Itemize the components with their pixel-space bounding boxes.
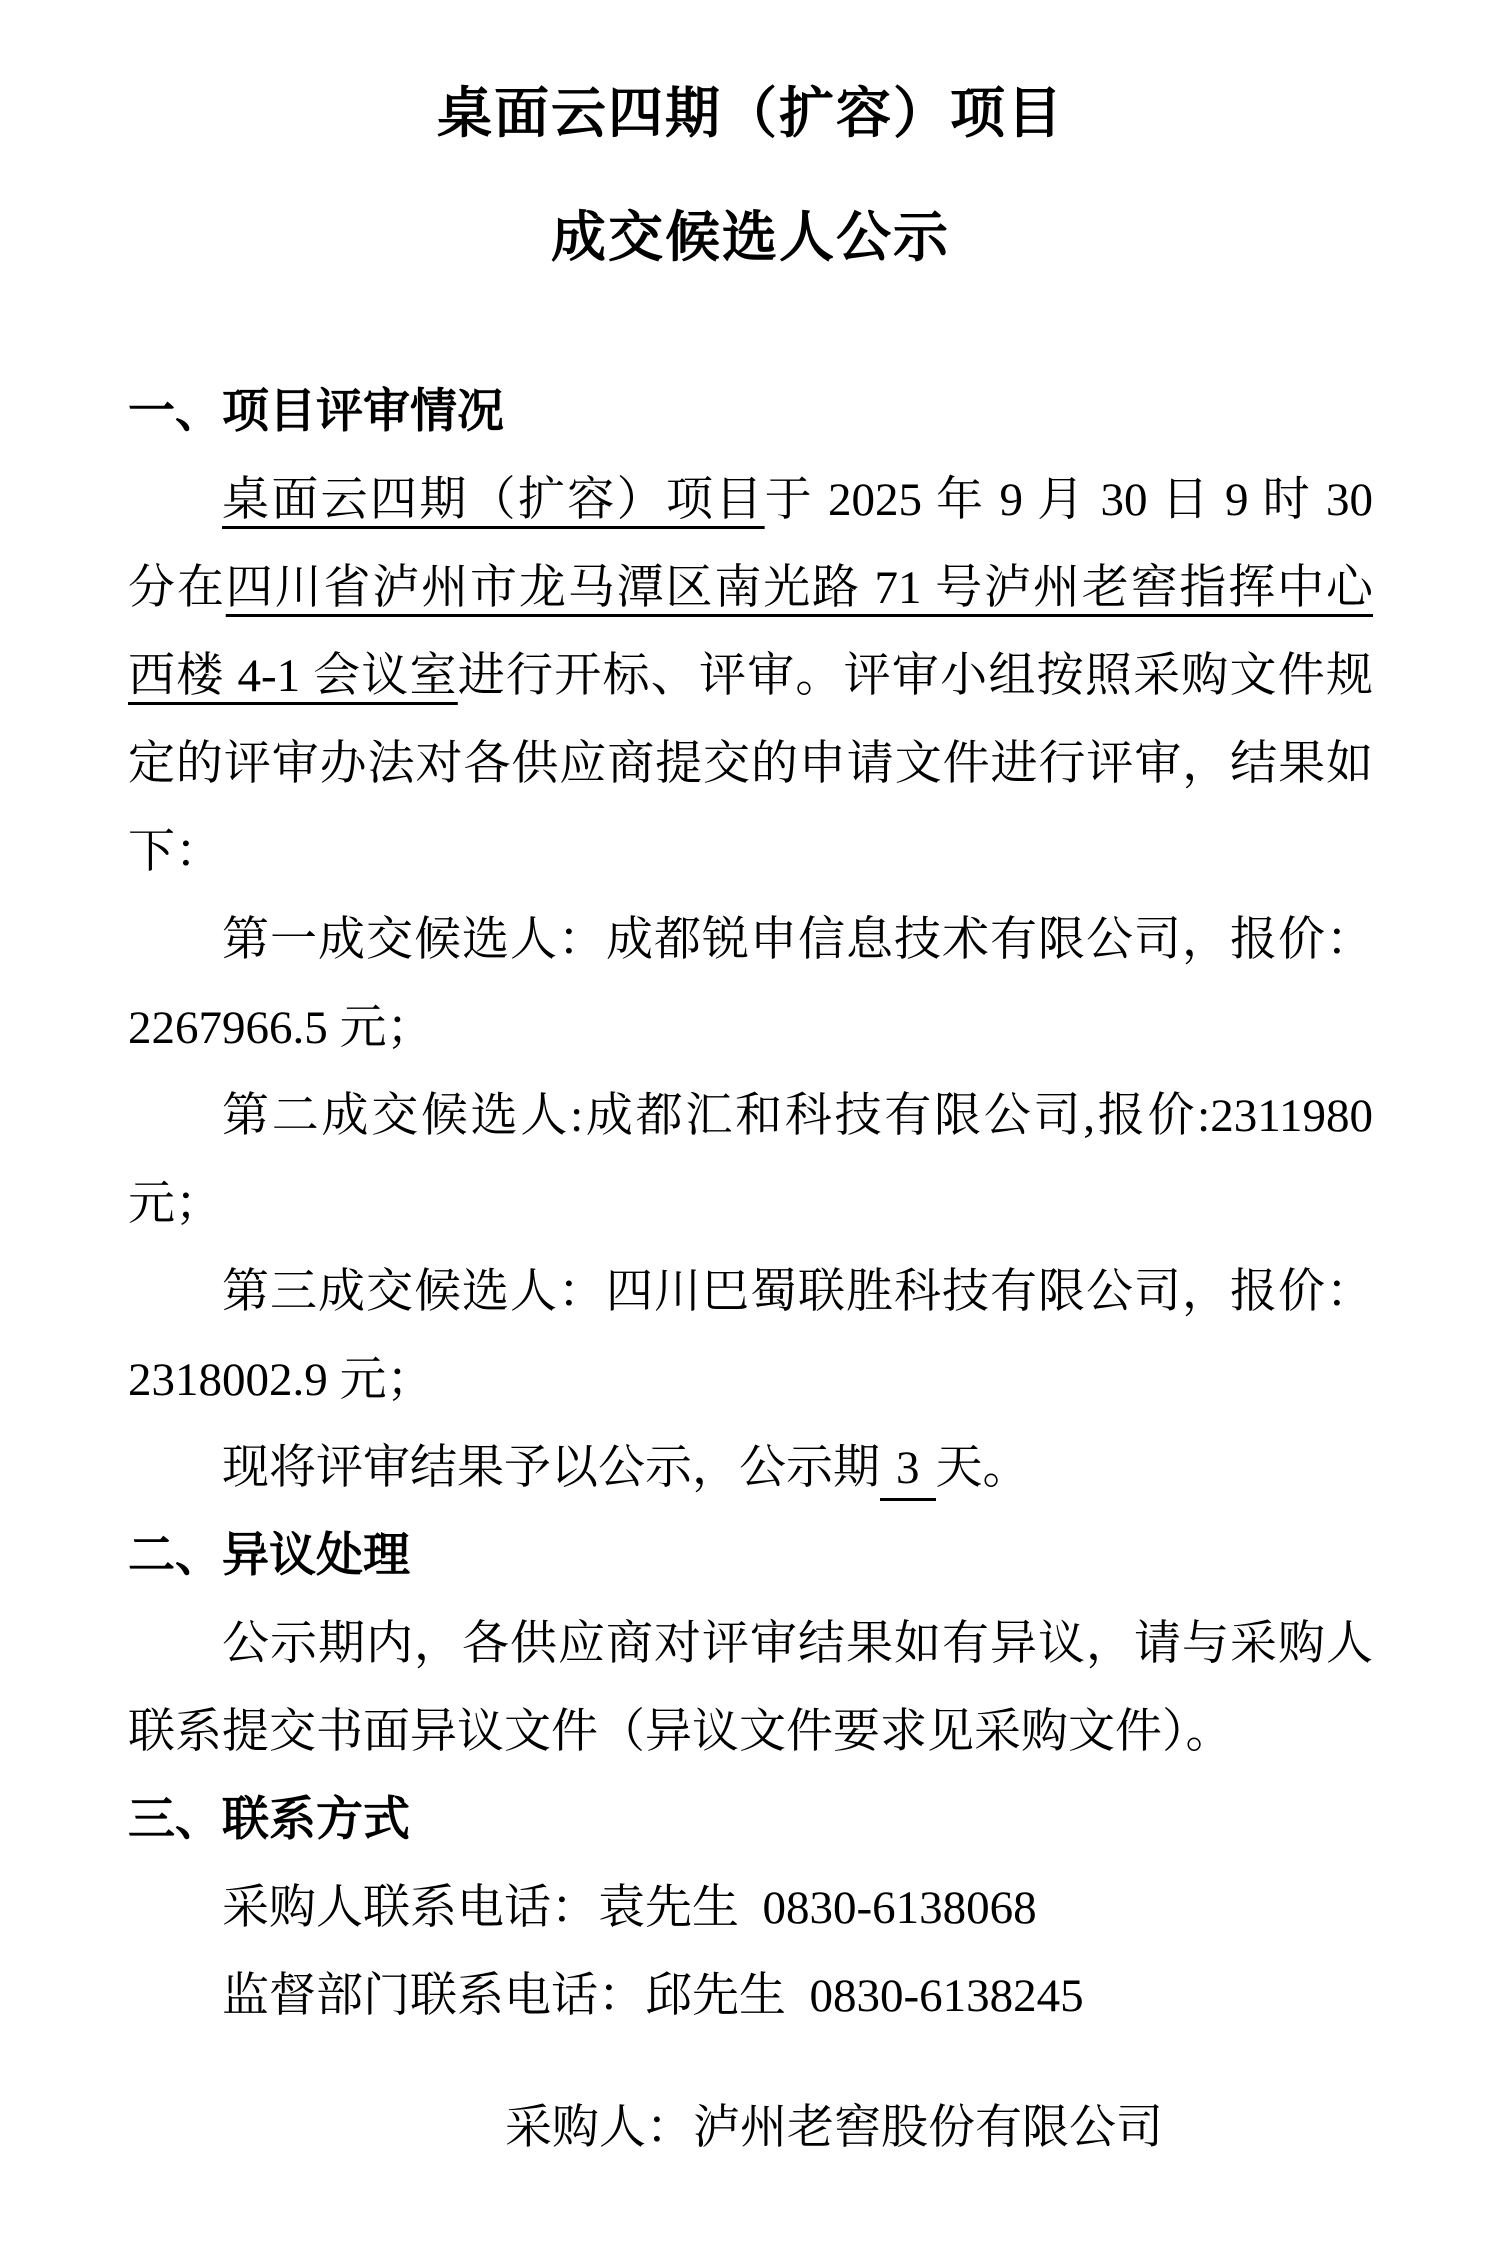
document-title: 桌面云四期（扩容）项目	[128, 52, 1373, 176]
document-body: 一、项目评审情况 桌面云四期（扩容）项目于 2025 年 9 月 30 日 9 …	[128, 368, 1373, 2172]
project-name-underlined: 桌面云四期（扩容）项目	[222, 474, 765, 526]
section-3-heading: 三、联系方式	[128, 1776, 1373, 1864]
publicity-before-text: 现将评审结果予以公示，公示期	[222, 1442, 880, 1494]
objection-paragraph: 公示期内，各供应商对评审结果如有异议，请与采购人联系提交书面异议文件（异议文件要…	[128, 1600, 1373, 1776]
candidate-1-line: 第一成交候选人：成都锐申信息技术有限公司，报价：2267966.5 元；	[128, 896, 1373, 1072]
document-title-block: 桌面云四期（扩容）项目 成交候选人公示	[128, 52, 1373, 300]
document-subtitle: 成交候选人公示	[128, 176, 1373, 300]
supervisor-phone-line: 监督部门联系电话：邱先生 0830-6138245	[128, 1952, 1373, 2040]
section-2-heading: 二、异议处理	[128, 1512, 1373, 1600]
publicity-after-text: 天。	[936, 1442, 1030, 1494]
purchaser-signature: 采购人：泸州老窖股份有限公司	[128, 2084, 1373, 2172]
publicity-period-line: 现将评审结果予以公示，公示期3天。	[128, 1424, 1373, 1512]
announcement-document: 桌面云四期（扩容）项目 成交候选人公示 一、项目评审情况 桌面云四期（扩容）项目…	[0, 0, 1500, 2246]
buyer-phone-line: 采购人联系电话：袁先生 0830-6138068	[128, 1864, 1373, 1952]
candidate-2-line: 第二成交候选人:成都汇和科技有限公司,报价:2311980 元；	[128, 1072, 1373, 1248]
publicity-days-value: 3	[880, 1442, 936, 1501]
section-1-heading: 一、项目评审情况	[128, 368, 1373, 456]
project-review-paragraph: 桌面云四期（扩容）项目于 2025 年 9 月 30 日 9 时 30 分在四川…	[128, 456, 1373, 896]
candidate-3-line: 第三成交候选人：四川巴蜀联胜科技有限公司，报价：2318002.9 元；	[128, 1248, 1373, 1424]
